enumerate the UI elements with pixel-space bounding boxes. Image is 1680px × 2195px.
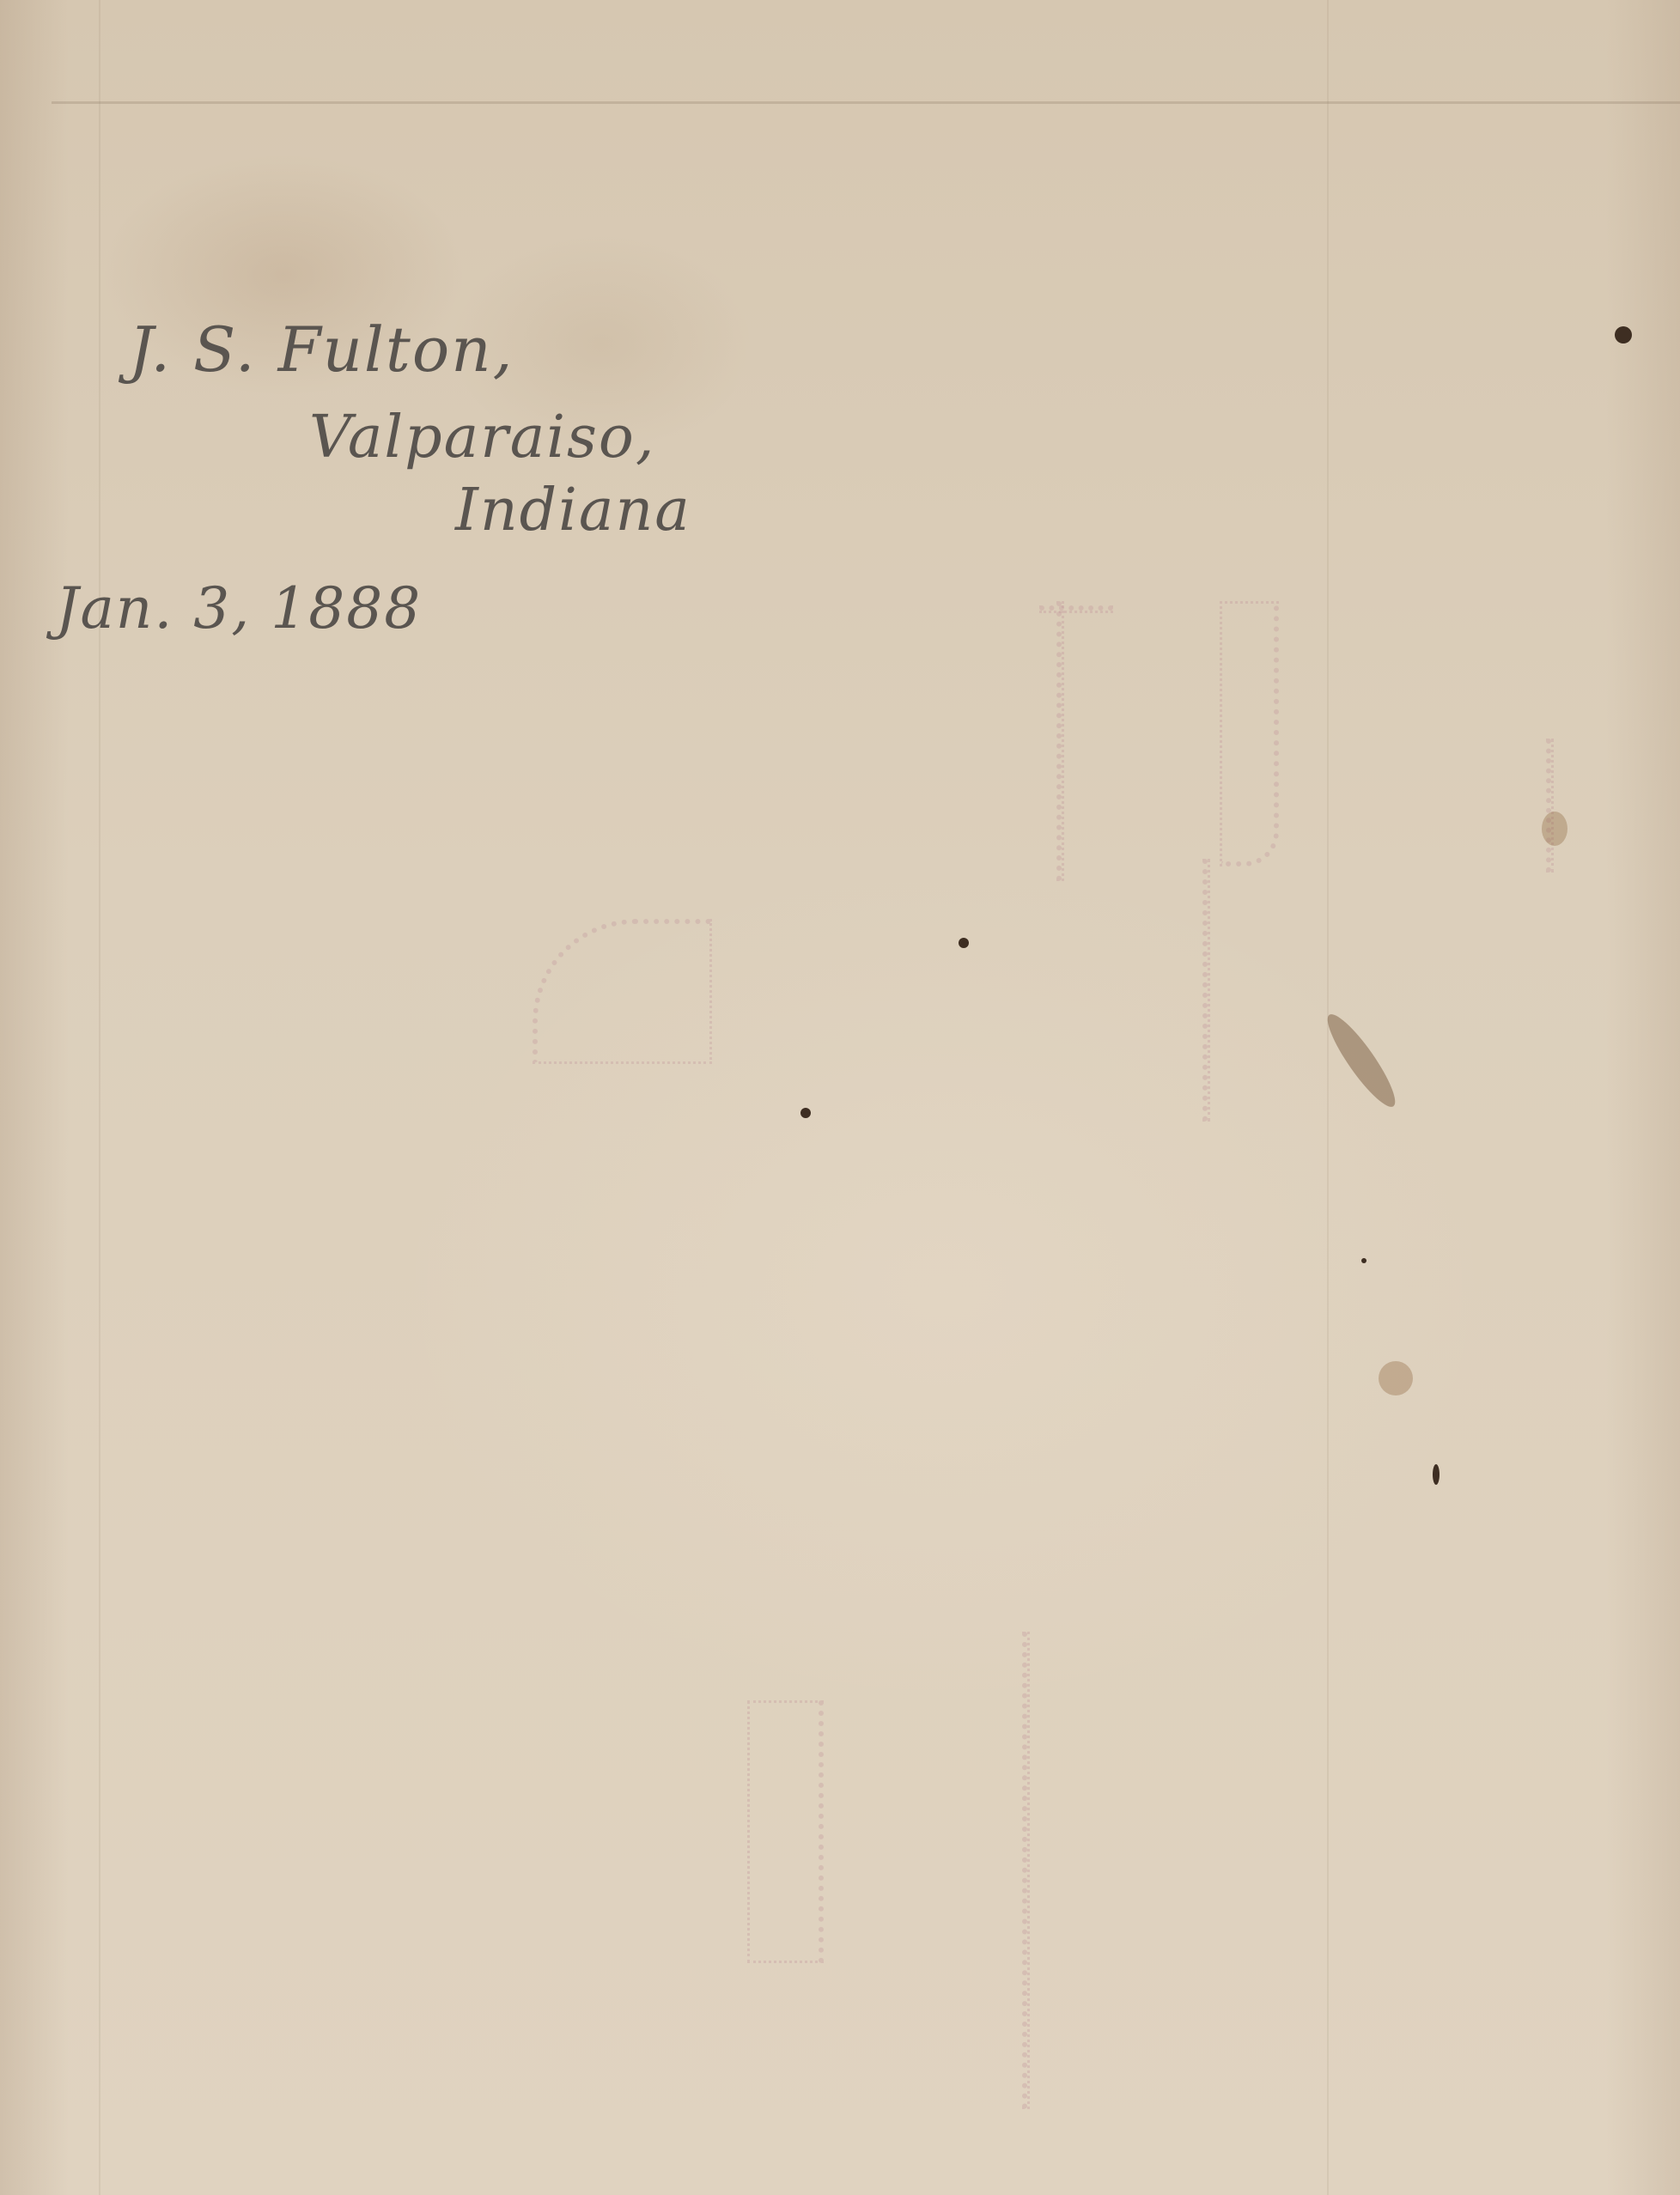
inscription-state: Indiana	[455, 477, 691, 544]
fold-line-vertical	[99, 0, 100, 2195]
spot	[1433, 1464, 1440, 1485]
inscription-date: Jan. 3, 1888	[56, 575, 422, 641]
ghost-mark	[1039, 605, 1113, 613]
document-page: J. S. Fulton, Valparaiso, Indiana Jan. 3…	[0, 0, 1680, 2195]
ghost-mark	[1056, 601, 1064, 881]
ghost-mark	[1022, 1632, 1030, 2109]
ghost-mark	[1202, 859, 1210, 1122]
spot	[1615, 326, 1632, 344]
ghost-mark	[747, 1700, 824, 1963]
spot	[959, 938, 969, 948]
spot	[800, 1108, 811, 1118]
ghost-mark	[533, 919, 712, 1064]
spot	[1361, 1258, 1367, 1263]
ghost-mark	[1220, 601, 1279, 866]
ghost-mark	[1546, 739, 1554, 873]
inscription-name: J. S. Fulton,	[129, 313, 514, 386]
stain	[1379, 1361, 1413, 1395]
stain	[1318, 1007, 1403, 1114]
stain	[1542, 812, 1567, 846]
fold-line-vertical	[1327, 0, 1329, 2195]
fold-line-horizontal	[52, 101, 1680, 104]
inscription-city: Valparaiso,	[309, 404, 655, 471]
